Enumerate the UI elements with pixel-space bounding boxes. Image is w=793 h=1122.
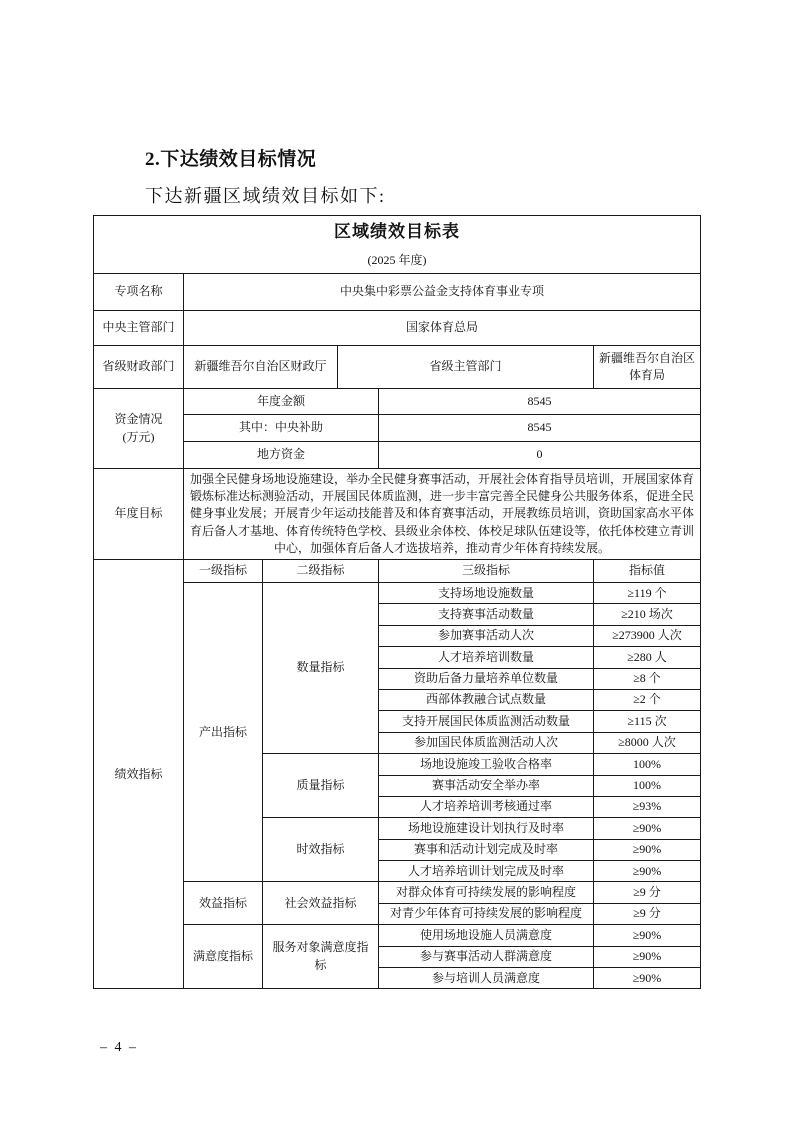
indicator-value: ≥273900 人次 [594,625,701,646]
indicator-name: 支持开展国民体质监测活动数量 [379,711,594,732]
header-value: 指标值 [594,560,701,583]
indicator-value: ≥115 次 [594,711,701,732]
funds-row-local: 地方资金 0 [94,442,701,469]
indicator-value: ≥280 人 [594,647,701,668]
indicator-name: 场地设施竣工验收合格率 [379,754,594,775]
performance-target-table: 区域绩效目标表 (2025 年度) 专项名称 中央集中彩票公益金支持体育事业专项… [93,215,701,989]
indicator-value: ≥90% [594,946,701,967]
indicators-label: 绩效指标 [94,560,184,989]
header-level1: 一级指标 [184,560,263,583]
funds-local-name: 地方资金 [184,442,379,469]
indicator-value: ≥8000 人次 [594,732,701,753]
header-level3: 三级指标 [379,560,594,583]
indicator-row: 满意度指标 服务对象满意度指标 使用场地设施人员满意度 ≥90% [94,925,701,946]
annual-goal-value: 加强全民健身场地设施建设，举办全民健身赛事活动，开展社会体育指导员培训，开展国家… [184,469,701,560]
provincial-dept-row: 省级财政部门 新疆维吾尔自治区财政厅 省级主管部门 新疆维吾尔自治区体育局 [94,346,701,389]
level2-timeliness: 时效指标 [263,818,379,882]
table-title: 区域绩效目标表 [98,220,696,245]
indicator-value: ≥8 个 [594,668,701,689]
indicator-value: ≥90% [594,839,701,860]
provincial-finance-label: 省级财政部门 [94,346,184,389]
indicator-name: 对青少年体育可持续发展的影响程度 [379,903,594,924]
indicator-value: ≥90% [594,861,701,882]
indicator-value: ≥90% [594,968,701,989]
indicator-value: ≥90% [594,818,701,839]
indicator-name: 对群众体育可持续发展的影响程度 [379,882,594,903]
indicator-name: 场地设施建设计划执行及时率 [379,818,594,839]
document-page: 2.下达绩效目标情况 下达新疆区域绩效目标如下: 区域绩效目标表 (2025 年… [0,0,793,1122]
funds-central-value: 8545 [379,415,701,442]
indicator-name: 支持场地设施数量 [379,583,594,604]
indicator-value: ≥90% [594,925,701,946]
level1-output: 产出指标 [184,583,263,882]
table-title-row: 区域绩效目标表 (2025 年度) [94,216,701,274]
section-heading: 2.下达绩效目标情况 [145,144,316,171]
table-title-cell: 区域绩效目标表 (2025 年度) [94,216,701,274]
indicator-value: ≥9 分 [594,903,701,924]
indicator-value: ≥2 个 [594,689,701,710]
level2-social: 社会效益指标 [263,882,379,925]
indicator-name: 参与赛事活动人群满意度 [379,946,594,967]
indicator-name: 参加赛事活动人次 [379,625,594,646]
indicator-name: 赛事和活动计划完成及时率 [379,839,594,860]
indicator-name: 使用场地设施人员满意度 [379,925,594,946]
funds-annual-name: 年度金额 [184,389,379,415]
annual-goal-row: 年度目标 加强全民健身场地设施建设，举办全民健身赛事活动，开展社会体育指导员培训… [94,469,701,560]
project-name-value: 中央集中彩票公益金支持体育事业专项 [184,274,701,311]
funds-annual-value: 8545 [379,389,701,415]
indicator-value: ≥9 分 [594,882,701,903]
provincial-admin-label: 省级主管部门 [338,346,594,389]
intro-text: 下达新疆区域绩效目标如下: [145,182,386,208]
level2-service: 服务对象满意度指标 [263,925,379,989]
funds-label: 资金情况 (万元) [94,389,184,469]
project-name-label: 专项名称 [94,274,184,311]
page-number: – 4 – [100,1040,138,1056]
level1-benefit: 效益指标 [184,882,263,925]
indicator-name: 赛事活动安全举办率 [379,775,594,796]
indicator-name: 资助后备力量培养单位数量 [379,668,594,689]
indicator-value: ≥119 个 [594,583,701,604]
header-level2: 二级指标 [263,560,379,583]
indicator-row: 效益指标 社会效益指标 对群众体育可持续发展的影响程度 ≥9 分 [94,882,701,903]
level2-quantity: 数量指标 [263,583,379,754]
funds-central-name: 其中：中央补助 [184,415,379,442]
indicator-name: 参加国民体质监测活动人次 [379,732,594,753]
indicator-value: 100% [594,754,701,775]
indicator-name: 参与培训人员满意度 [379,968,594,989]
table-year: (2025 年度) [98,252,696,269]
funds-row-central: 其中：中央补助 8545 [94,415,701,442]
funds-local-value: 0 [379,442,701,469]
indicator-value: ≥93% [594,796,701,817]
provincial-finance-value: 新疆维吾尔自治区财政厅 [184,346,338,389]
indicator-name: 人才培养培训考核通过率 [379,796,594,817]
project-name-row: 专项名称 中央集中彩票公益金支持体育事业专项 [94,274,701,311]
indicator-name: 支持赛事活动数量 [379,604,594,625]
indicator-row: 产出指标 数量指标 支持场地设施数量 ≥119 个 [94,583,701,604]
indicator-name: 西部体教融合试点数量 [379,689,594,710]
provincial-admin-value: 新疆维吾尔自治区体育局 [594,346,701,389]
indicator-value: ≥210 场次 [594,604,701,625]
indicator-value: 100% [594,775,701,796]
indicator-name: 人才培养培训计划完成及时率 [379,861,594,882]
indicator-header-row: 绩效指标 一级指标 二级指标 三级指标 指标值 [94,560,701,583]
level2-quality: 质量指标 [263,754,379,818]
indicator-name: 人才培养培训数量 [379,647,594,668]
level1-satisfaction: 满意度指标 [184,925,263,989]
annual-goal-label: 年度目标 [94,469,184,560]
funds-row-annual: 资金情况 (万元) 年度金额 8545 [94,389,701,415]
central-dept-row: 中央主管部门 国家体育总局 [94,311,701,346]
central-dept-value: 国家体育总局 [184,311,701,346]
central-dept-label: 中央主管部门 [94,311,184,346]
